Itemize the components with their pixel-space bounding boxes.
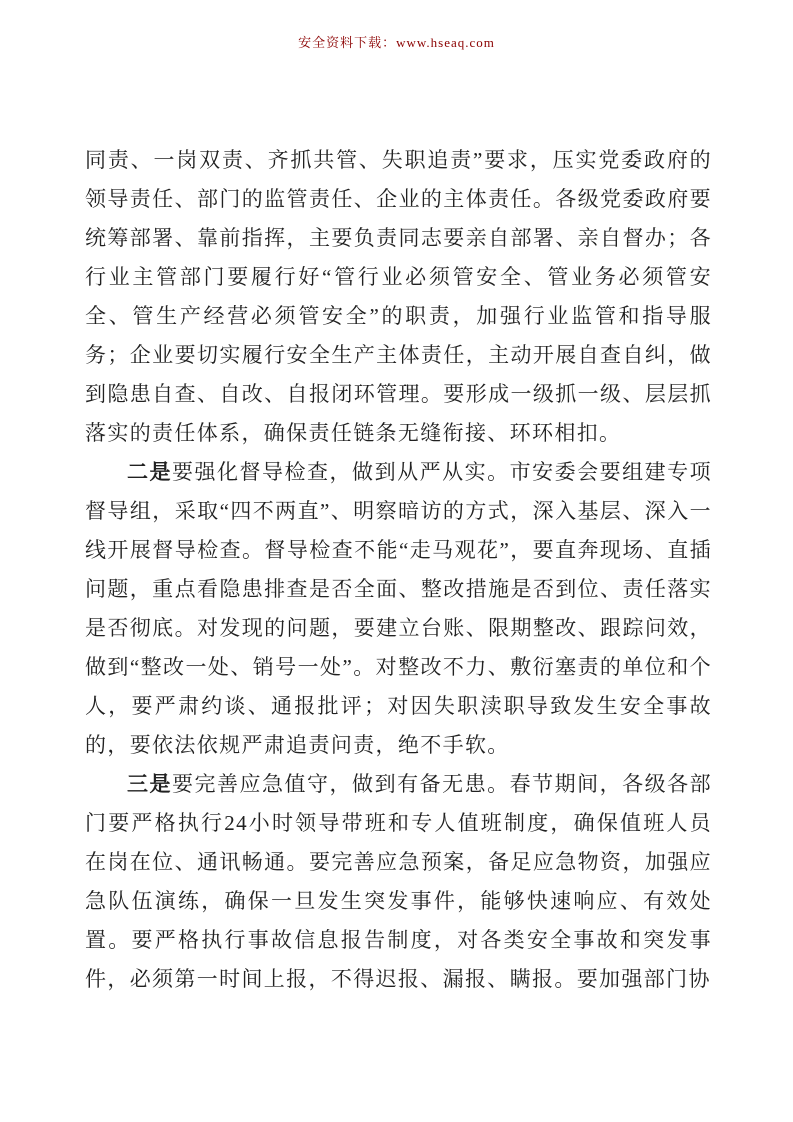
paragraph-third: 三是要完善应急值守，做到有备无患。春节期间，各级各部门要严格执行24小时领导带班…	[85, 765, 712, 999]
page-header: 安全资料下载：www.hseaq.com	[0, 32, 793, 51]
document-body: 同责、一岗双责、齐抓共管、失职追责”要求，压实党委政府的领导责任、部门的监管责任…	[85, 141, 712, 999]
paragraph-lead-bold: 二是	[127, 460, 172, 484]
download-notice: 安全资料下载：www.hseaq.com	[298, 35, 495, 50]
paragraph-text: 要完善应急值守，做到有备无患。春节期间，各级各部门要严格执行24小时领导带班和专…	[85, 772, 712, 991]
paragraph-text: 同责、一岗双责、齐抓共管、失职追责”要求，压实党委政府的领导责任、部门的监管责任…	[85, 148, 712, 445]
paragraph-lead-bold: 三是	[127, 772, 172, 796]
paragraph-second: 二是要强化督导检查，做到从严从实。市安委会要组建专项督导组，采取“四不两直”、明…	[85, 453, 712, 765]
paragraph-text: 要强化督导检查，做到从严从实。市安委会要组建专项督导组，采取“四不两直”、明察暗…	[85, 460, 712, 757]
paragraph-continuation: 同责、一岗双责、齐抓共管、失职追责”要求，压实党委政府的领导责任、部门的监管责任…	[85, 141, 712, 453]
document-page: 安全资料下载：www.hseaq.com 同责、一岗双责、齐抓共管、失职追责”要…	[0, 0, 793, 1122]
